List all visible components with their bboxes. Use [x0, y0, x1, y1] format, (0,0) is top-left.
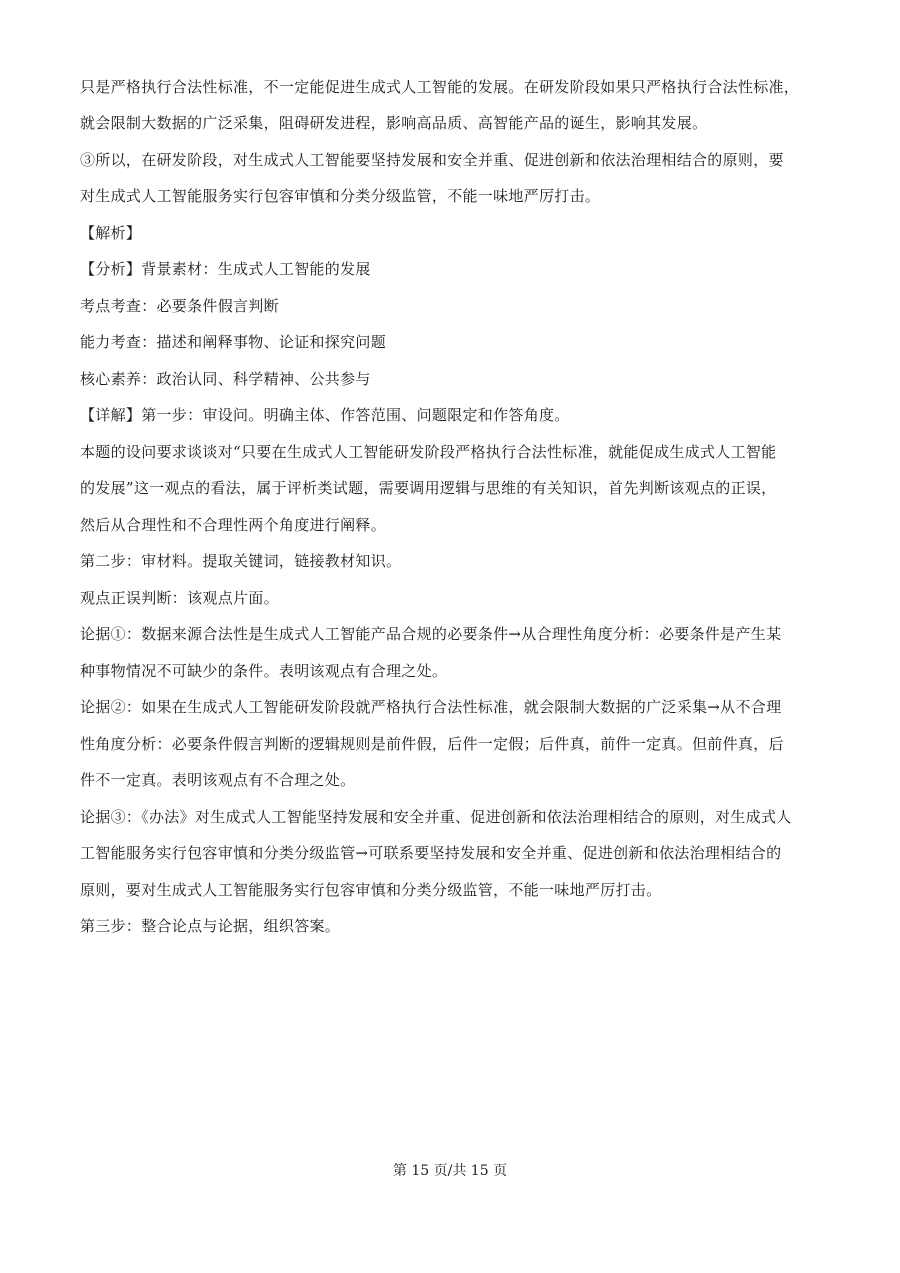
text-line: 论据①：数据来源合法性是生成式人工智能产品合规的必要条件→从合理性角度分析：必要…	[80, 625, 781, 643]
text-line: 能力考查：描述和阐释事物、论证和探究问题	[80, 333, 386, 351]
text-line: 论据③：《办法》对生成式人工智能坚持发展和安全并重、促进创新和依法治理相结合的原…	[80, 808, 792, 826]
text-line: 【分析】背景素材：生成式人工智能的发展	[80, 260, 371, 278]
text-line: 性角度分析：必要条件假言判断的逻辑规则是前件假，后件一定假；后件真，前件一定真。…	[80, 735, 784, 753]
text-line: 就会限制大数据的广泛采集，阻碍研发进程，影响高品质、高智能产品的诞生，影响其发展…	[80, 114, 707, 132]
text-line: 观点正误判断：该观点片面。	[80, 589, 279, 607]
text-line: 然后从合理性和不合理性两个角度进行阐释。	[80, 516, 386, 534]
text-line: 【详解】第一步：审设问。明确主体、作答范围、问题限定和作答角度。	[80, 406, 570, 424]
text-line: 本题的设问要求谈谈对“只要在生成式人工智能研发阶段严格执行合法性标准，就能促成生…	[80, 443, 776, 461]
text-line: 工智能服务实行包容审慎和分类分级监管→可联系要坚持发展和安全并重、促进创新和依法…	[80, 844, 781, 862]
section-heading: 【解析】	[80, 224, 141, 242]
text-line: ③所以，在研发阶段，对生成式人工智能要坚持发展和安全并重、促进创新和依法治理相结…	[80, 151, 784, 169]
text-line: 原则，要对生成式人工智能服务实行包容审慎和分类分级监管，不能一味地严厉打击。	[80, 881, 661, 899]
page-number-footer: 第 15 页/共 15 页	[0, 1160, 900, 1180]
text-line: 件不一定真。表明该观点有不合理之处。	[80, 771, 355, 789]
text-line: 对生成式人工智能服务实行包容审慎和分类分级监管，不能一味地严厉打击。	[80, 187, 600, 205]
text-line: 考点考查：必要条件假言判断	[80, 297, 279, 315]
text-line: 的发展”这一观点的看法，属于评析类试题，需要调用逻辑与思维的有关知识，首先判断该…	[80, 479, 776, 497]
text-line: 核心素养：政治认同、科学精神、公共参与	[80, 370, 371, 388]
text-line: 论据②：如果在生成式人工智能研发阶段就严格执行合法性标准，就会限制大数据的广泛采…	[80, 698, 781, 716]
text-line: 第二步：审材料。提取关键词，链接教材知识。	[80, 552, 401, 570]
text-line: 第三步：整合论点与论据，组织答案。	[80, 917, 340, 935]
text-line: 只是严格执行合法性标准，不一定能促进生成式人工智能的发展。在研发阶段如果只严格执…	[80, 78, 799, 96]
text-line: 种事物情况不可缺少的条件。表明该观点有合理之处。	[80, 662, 447, 680]
